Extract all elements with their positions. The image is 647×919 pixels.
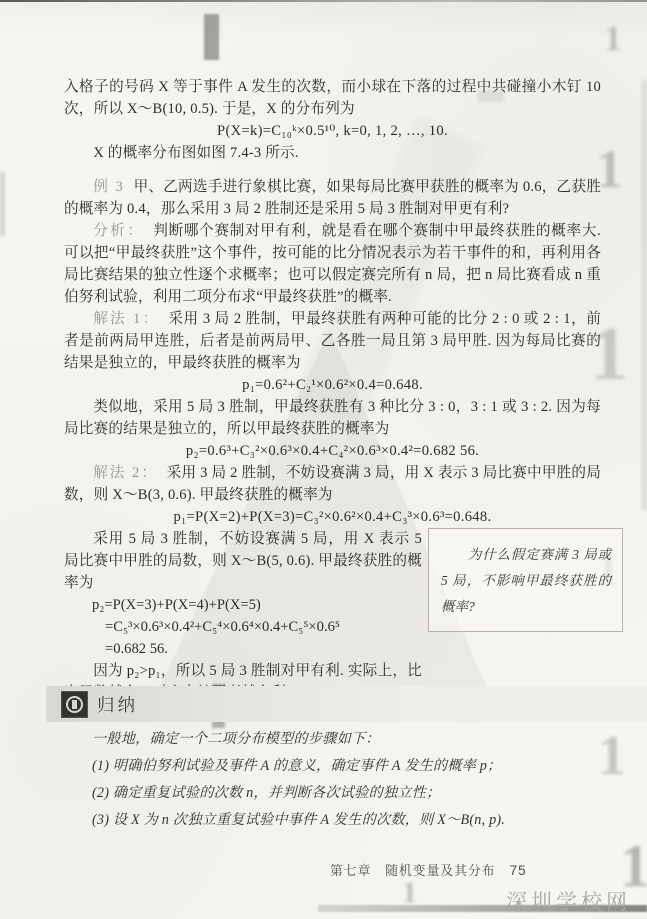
scan-smudge: 1 <box>598 728 626 784</box>
page-number: 75 <box>510 863 527 878</box>
solution2-label: 解法 2： <box>93 465 158 481</box>
example3-label: 例 3 <box>93 179 125 195</box>
solution2-paragraph2: 采用 5 局 3 胜制，不妨设赛满 5 局，用 X 表示 5 局比赛中甲胜的局数… <box>64 528 422 594</box>
figure-reference-line: X 的概率分布图如图 7.4-3 所示. <box>64 142 601 164</box>
binomial-distribution-formula: P(X=k)=C₁₀ᵏ×0.5¹⁰, k=0, 1, 2, …, 10. <box>64 120 601 142</box>
scan-smudge <box>0 172 5 236</box>
solution2-paragraph: 解法 2：采用 3 局 2 胜制，不妨设赛满 3 局，用 X 表示 3 局比赛中… <box>64 462 601 506</box>
site-watermark: 深圳学校网 <box>506 886 631 916</box>
solution1-formula-p1: p₁=0.6²+C₂¹×0.6²×0.4=0.648. <box>64 374 601 396</box>
scan-smudge: 1 <box>402 878 417 908</box>
scan-smudge <box>204 14 219 60</box>
intro-paragraph: 入格子的号码 X 等于事件 A 发生的次数，而小球在下落的过程中共碰撞小木钉 1… <box>64 76 601 120</box>
solution1-paragraph: 解法 1：采用 3 局 2 胜制，甲最终获胜有两种可能的比分 2 : 0 或 2… <box>64 308 601 374</box>
formula-line: =0.682 56. <box>92 638 601 660</box>
analysis-paragraph: 分析：判断哪个赛制对甲有利，就是看在哪个赛制中甲最终获胜的概率大. 可以把“甲最… <box>64 220 601 308</box>
summary-step-1: (1) 明确伯努利试验及事件 A 的意义，确定事件 A 发生的概率 p； <box>92 753 572 780</box>
summary-intro: 一般地，确定一个二项分布模型的步骤如下： <box>92 726 572 753</box>
solution1-paragraph2: 类似地，采用 5 局 3 胜制，甲最终获胜有 3 种比分 3 : 0，3 : 1… <box>64 396 601 440</box>
solution2-formula-p1: p₁=P(X=2)+P(X=3)=C₃²×0.6²×0.4+C₃³×0.6³=0… <box>64 506 601 528</box>
analysis-label: 分析： <box>93 223 144 239</box>
margin-question-box: 为什么假定赛满 3 局或 5 局，不影响甲最终获胜的概率? <box>428 528 623 632</box>
summary-title: 归纳 <box>97 692 138 717</box>
summary-body: 一般地，确定一个二项分布模型的步骤如下： (1) 明确伯努利试验及事件 A 的意… <box>92 726 572 834</box>
summary-step-2: (2) 确定重复试验的次数 n，并判断各次试验的独立性； <box>92 780 572 807</box>
solution1-label: 解法 1： <box>93 311 159 327</box>
summary-badge-icon <box>62 692 87 717</box>
example3-statement: 甲、乙两选手进行象棋比赛，如果每局比赛甲获胜的概率为 0.6，乙获胜的概率为 0… <box>64 179 601 217</box>
scan-smudge <box>641 80 647 510</box>
scan-edge-top <box>0 0 647 2</box>
scan-smudge: 1 <box>604 20 622 56</box>
summary-banner: 归纳 <box>46 686 647 722</box>
solution1-formula-p2: p₂=0.6³+C₃²×0.6³×0.4+C₄²×0.6³×0.4²=0.682… <box>64 440 601 462</box>
summary-step-3: (3) 设 X 为 n 次独立重复试验中事件 A 发生的次数，则 X～B(n, … <box>92 807 572 834</box>
page-footer: 第七章 随机变量及其分布75 <box>330 860 527 879</box>
chapter-title: 第七章 随机变量及其分布 <box>330 863 496 878</box>
textbook-page: 1 1 1 1 1 1 1 入格子的号码 X 等于事件 A 发生的次数，而小球在… <box>0 0 647 919</box>
example3-paragraph: 例 3甲、乙两选手进行象棋比赛，如果每局比赛甲获胜的概率为 0.6，乙获胜的概率… <box>64 176 601 220</box>
